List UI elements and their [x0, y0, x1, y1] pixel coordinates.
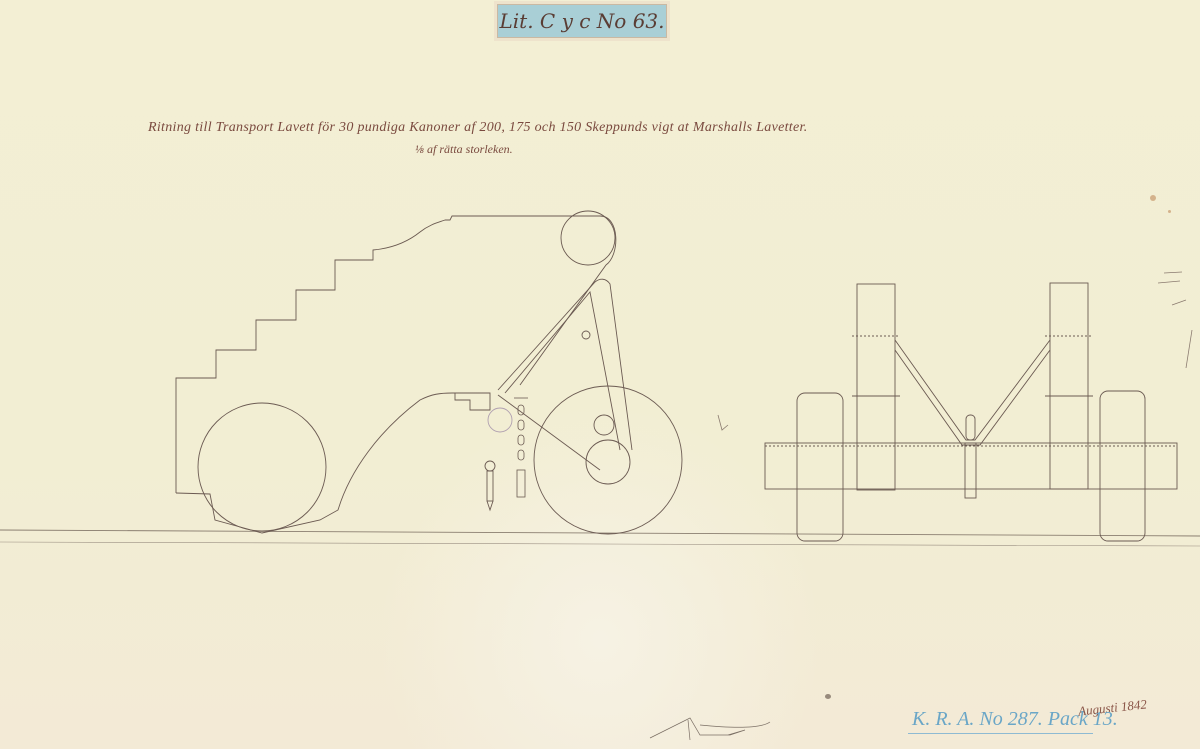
left-wheel	[797, 393, 843, 541]
foxing-stain	[1150, 195, 1156, 201]
frame-pivot	[582, 331, 590, 339]
left-cheek	[857, 284, 895, 490]
technical-drawing	[0, 0, 1200, 749]
base-line	[0, 542, 1200, 546]
front-wheel-hub	[586, 440, 630, 484]
pintle	[966, 415, 975, 440]
axle-tree	[765, 443, 1177, 489]
right-cheek	[1050, 283, 1088, 489]
front-wheel	[534, 386, 682, 534]
axle-bracket	[455, 393, 490, 410]
marginal-sketch	[650, 718, 770, 740]
roller-guide	[520, 216, 616, 385]
archive-underline	[908, 733, 1093, 734]
chain	[514, 398, 528, 497]
margin-marks	[718, 272, 1192, 430]
locking-pin	[485, 461, 495, 510]
stepped-cheek-outline	[176, 216, 600, 493]
center-bolt	[965, 443, 976, 498]
rear-truck-wheel	[198, 403, 326, 531]
bracket-roller	[488, 408, 512, 432]
cheek-lower-outline	[176, 393, 470, 533]
ink-blot	[825, 694, 831, 699]
archive-reference: K. R. A. No 287. Pack 13.	[912, 708, 1118, 731]
ground-line	[0, 530, 1200, 536]
v-brace	[895, 340, 1050, 440]
front-wheel-pin	[594, 415, 614, 435]
right-wheel	[1100, 391, 1145, 541]
drawing-sheet: Lit. C y c No 63. Ritning till Transport…	[0, 0, 1200, 749]
frame-arm-inner	[505, 292, 620, 450]
foxing-stain	[1168, 210, 1171, 213]
frame-brace	[498, 395, 600, 470]
trunnion-roller	[561, 211, 615, 265]
front-elevation	[765, 283, 1177, 541]
